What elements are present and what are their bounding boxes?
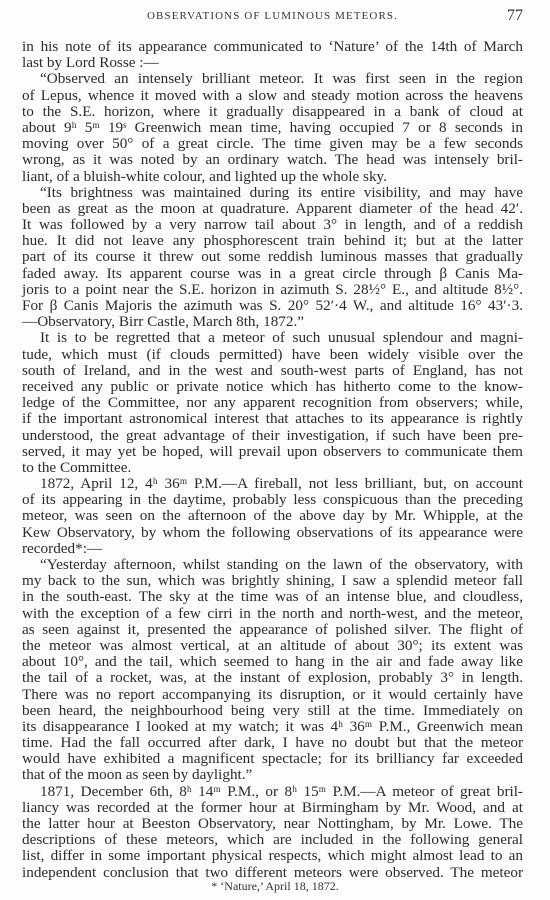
text-line: It was followed by a very narrow tail ab… [22, 217, 523, 233]
text-line: wrong, as it was noted by an ordinary wa… [22, 152, 523, 168]
text-line: been as great as the moon at quadrature.… [22, 201, 523, 217]
text-line: last by Lord Rosse :— [22, 55, 523, 71]
running-head: OBSERVATIONS OF LUMINOUS METEORS. 77 [22, 7, 523, 25]
text-line: to the S.E. horizon, where it gradually … [22, 104, 523, 120]
text-line: south of Ireland, and in the west and so… [22, 363, 523, 379]
text-line: “Yesterday afternoon, whilst standing on… [22, 557, 523, 573]
text-line: For β Canis Majoris the azimuth was S. 2… [22, 298, 523, 314]
text-line: liant, of a bluish-white colour, and lig… [22, 169, 523, 185]
text-line: my back to the sun, which was brightly s… [22, 573, 523, 589]
text-line: 1871, December 6th, 8ʰ 14ᵐ P.M., or 8ʰ 1… [22, 784, 523, 800]
text-line: the meteor was almost vertical, at an al… [22, 638, 523, 654]
text-line: “Observed an intensely brilliant meteor.… [22, 71, 523, 87]
text-line: the tail of a rocket, was, at the instan… [22, 670, 523, 686]
text-line: that of the moon as seen by daylight.” [22, 767, 523, 783]
text-line: to the Committee. [22, 460, 523, 476]
body-text: in his note of its appearance communicat… [22, 39, 523, 881]
text-line: in his note of its appearance communicat… [22, 39, 523, 55]
text-line: served, it may yet be hoped, will prevai… [22, 444, 523, 460]
text-line: would have exhibited a magnificent spect… [22, 751, 523, 767]
text-line: its disappearance I looked at my watch; … [22, 719, 523, 735]
text-line: the latter hour at Beeston Observatory, … [22, 816, 523, 832]
text-line: tude, which must (if clouds permitted) h… [22, 347, 523, 363]
text-line: understood, the great advantage of their… [22, 428, 523, 444]
text-line: “Its brightness was maintained during it… [22, 185, 523, 201]
text-line: Kew Observatory, by whom the following o… [22, 525, 523, 541]
text-line: hue. It did not leave any phosphorescent… [22, 233, 523, 249]
running-title: OBSERVATIONS OF LUMINOUS METEORS. [22, 10, 523, 22]
text-line: recorded*:— [22, 541, 523, 557]
text-line: as seen against it, presented the appear… [22, 622, 523, 638]
text-line: descriptions of these meteors, which are… [22, 832, 523, 848]
text-line: part of its course it threw out some red… [22, 249, 523, 265]
page-number: 77 [507, 7, 523, 25]
text-line: time. Had the fall occurred after dark, … [22, 735, 523, 751]
text-line: been heard, the neighbourhood being very… [22, 703, 523, 719]
text-line: joris to a point near the S.E. horizon i… [22, 282, 523, 298]
text-line: moving over 50° of a great circle. The t… [22, 136, 523, 152]
text-line: received any public or private notice wh… [22, 379, 523, 395]
text-line: meteor, was seen on the afternoon of the… [22, 508, 523, 524]
document-page: OBSERVATIONS OF LUMINOUS METEORS. 77 in … [0, 0, 550, 900]
footnote: * ‘Nature,’ April 18, 1872. [0, 879, 550, 894]
text-line: list, differ in some important physical … [22, 848, 523, 864]
text-line: liancy was recorded at the former hour a… [22, 800, 523, 816]
text-line: —Observatory, Birr Castle, March 8th, 18… [22, 314, 523, 330]
text-line: if the important astronomical interest t… [22, 411, 523, 427]
text-line: with the exception of a few cirri in the… [22, 606, 523, 622]
text-line: of its appearing in the daytime, probabl… [22, 492, 523, 508]
text-line: in the south-east. The sky at the time w… [22, 589, 523, 605]
text-line: faded away. Its apparent course was in a… [22, 266, 523, 282]
text-line: ledge of the Committee, nor any apparent… [22, 395, 523, 411]
text-line: There was no report accompanying its dis… [22, 687, 523, 703]
text-line: about 9ʰ 5ᵐ 19ˢ Greenwich mean time, hav… [22, 120, 523, 136]
text-line: about 10°, and the tail, which seemed to… [22, 654, 523, 670]
text-line: It is to be regretted that a meteor of s… [22, 330, 523, 346]
text-line: of Lepus, whence it moved with a slow an… [22, 88, 523, 104]
text-line: 1872, April 12, 4ʰ 36ᵐ P.M.—A fireball, … [22, 476, 523, 492]
